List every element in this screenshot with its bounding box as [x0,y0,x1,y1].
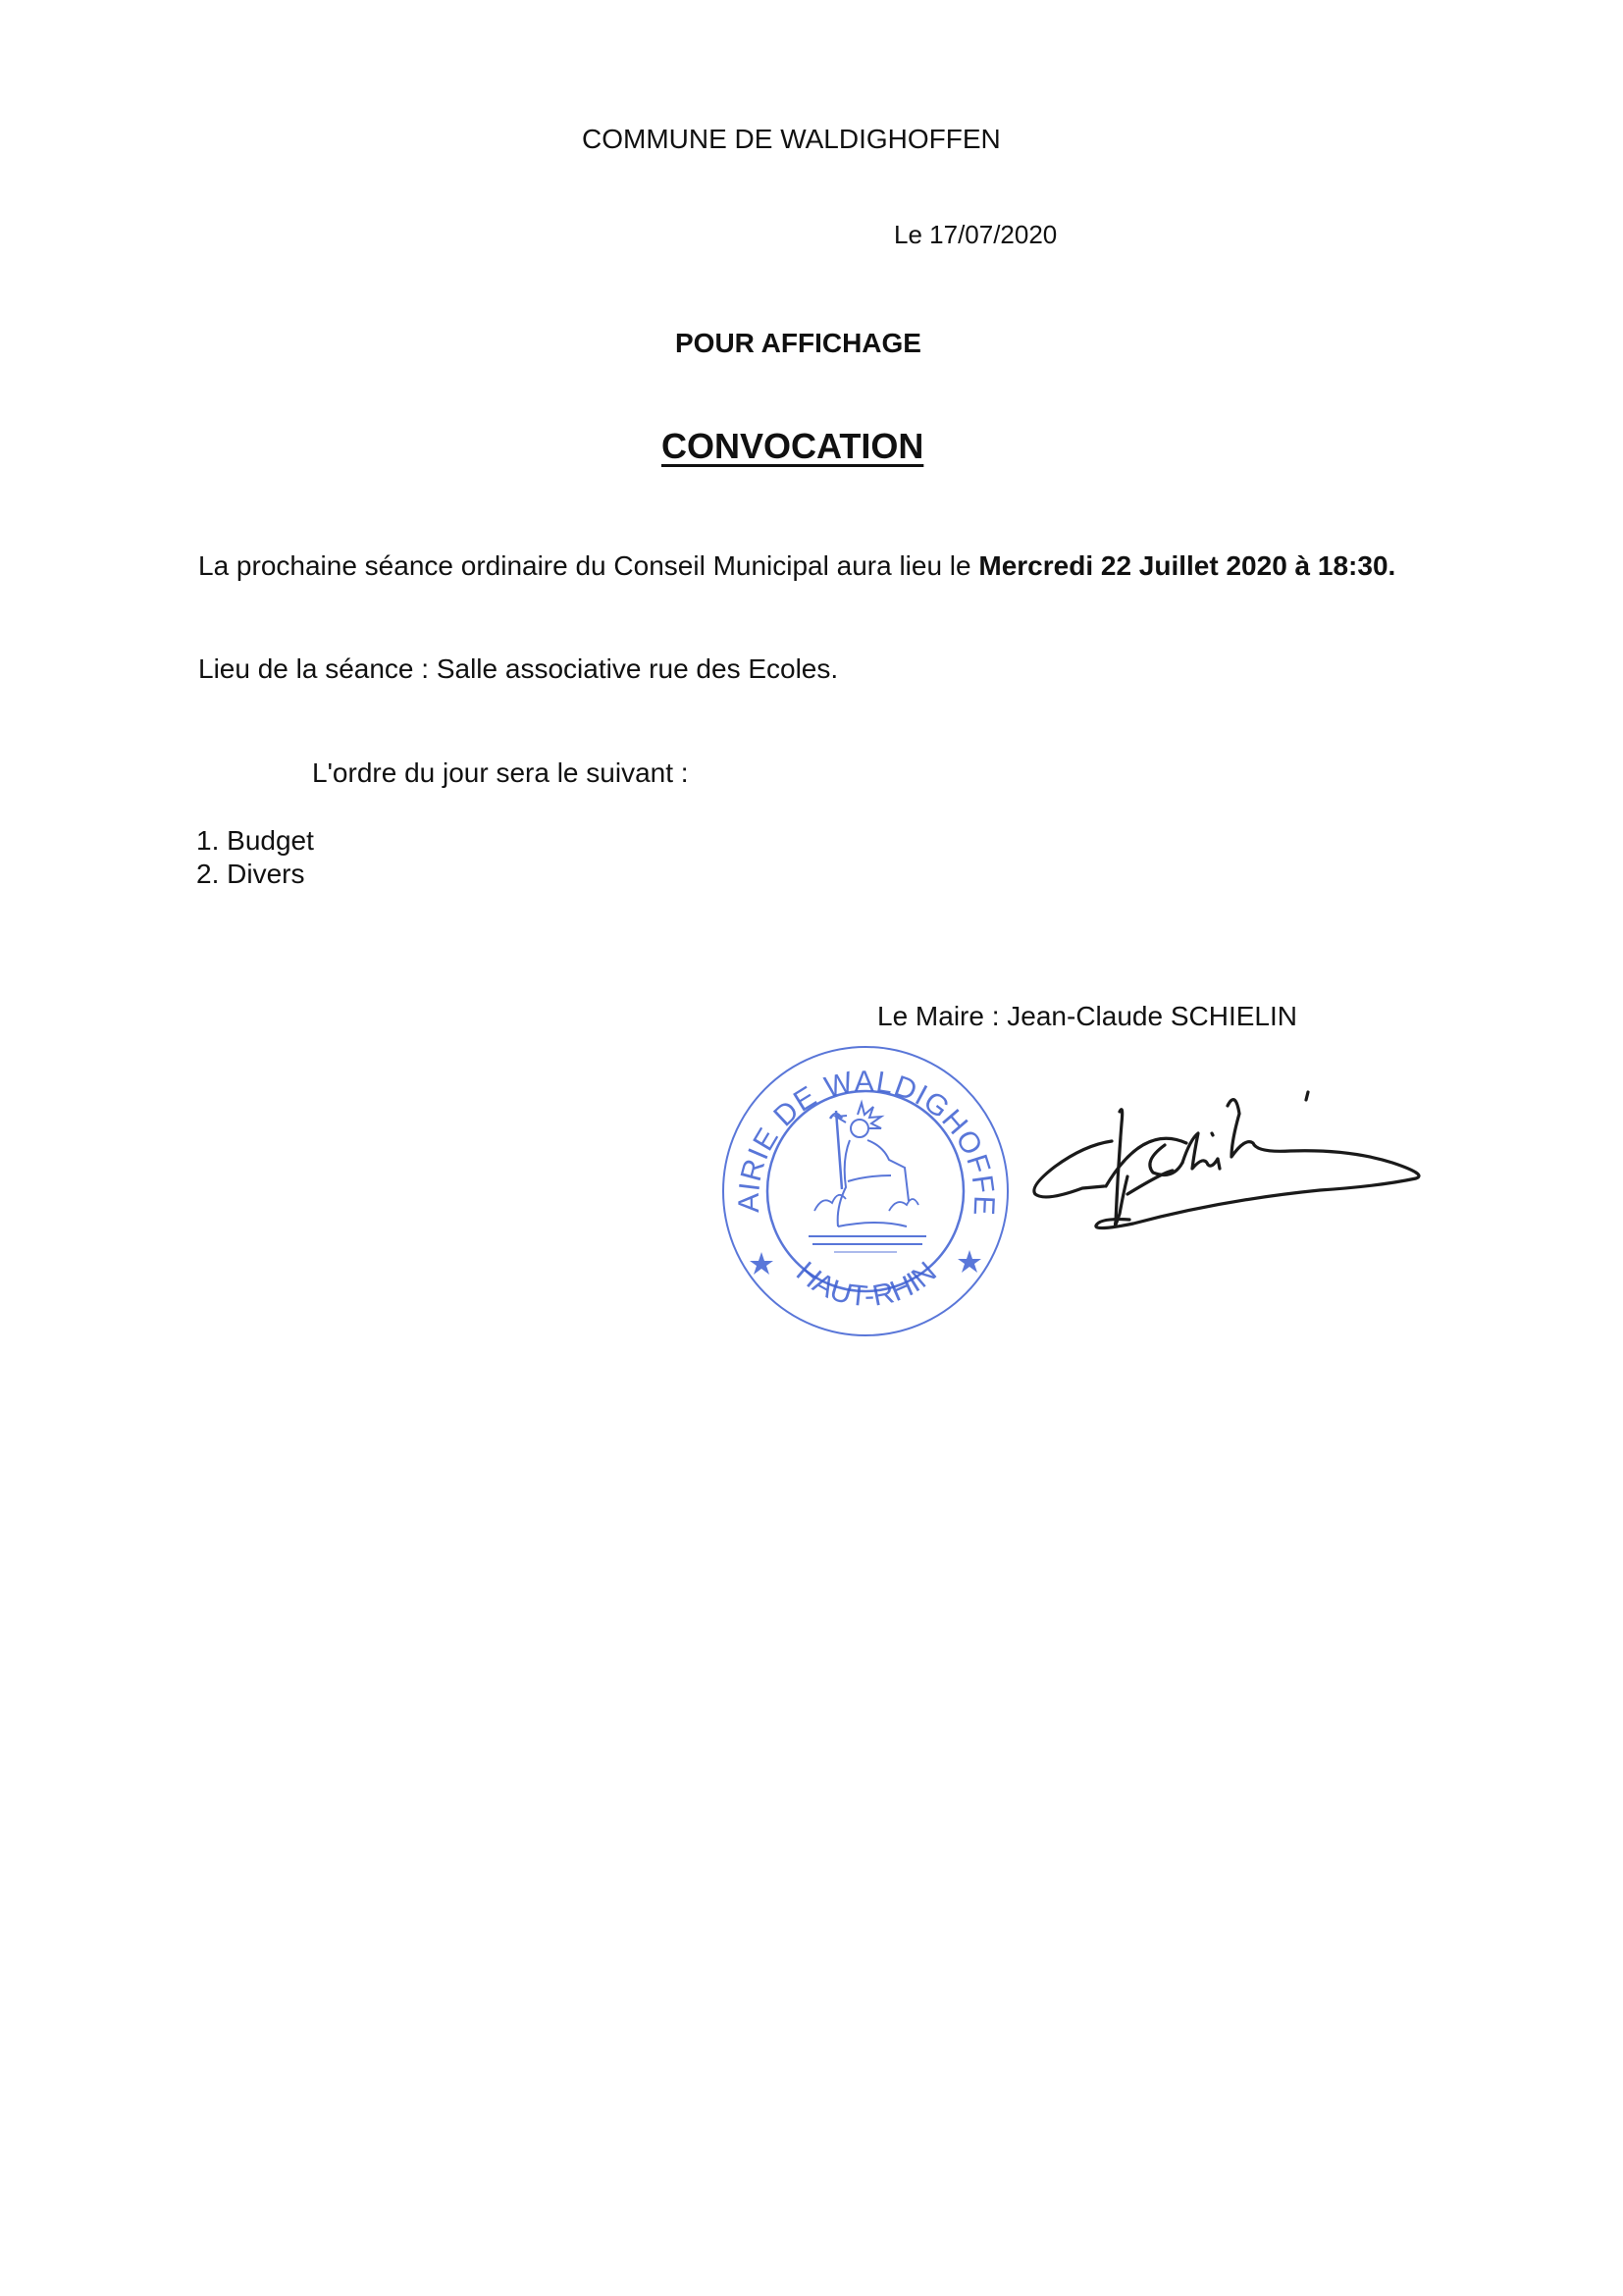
agenda-item-label: Divers [227,859,304,889]
agenda-item: 2. Divers [196,858,314,891]
mayor-signature-icon [1025,1084,1447,1246]
announcement-text: La prochaine séance ordinaire du Conseil… [198,550,978,581]
meeting-announcement: La prochaine séance ordinaire du Conseil… [198,549,1415,583]
commune-header: COMMUNE DE WALDIGHOFFEN [582,124,1001,155]
document-date: Le 17/07/2020 [894,220,1057,250]
posting-notice: POUR AFFICHAGE [675,328,921,359]
agenda-list: 1. Budget 2. Divers [196,824,314,891]
agenda-item: 1. Budget [196,824,314,858]
stamp-top-text: MAIRIE DE WALDIGHOFFEN [720,1044,1000,1217]
agenda-item-label: Budget [227,825,314,856]
meeting-location: Lieu de la séance : Salle associative ru… [198,653,838,685]
meeting-datetime: Mercredi 22 Juillet 2020 à 18:30. [978,550,1395,581]
stamp-bottom-text: HAUT-RHIN [790,1256,943,1313]
agenda-intro: L'ordre du jour sera le suivant : [312,757,689,789]
mayor-signatory: Le Maire : Jean-Claude SCHIELIN [877,1001,1297,1032]
official-stamp-icon: MAIRIE DE WALDIGHOFFEN HAUT-RHIN [720,1044,1011,1338]
agenda-item-number: 1. [196,825,219,856]
document-title: CONVOCATION [661,426,935,467]
agenda-item-number: 2. [196,859,219,889]
